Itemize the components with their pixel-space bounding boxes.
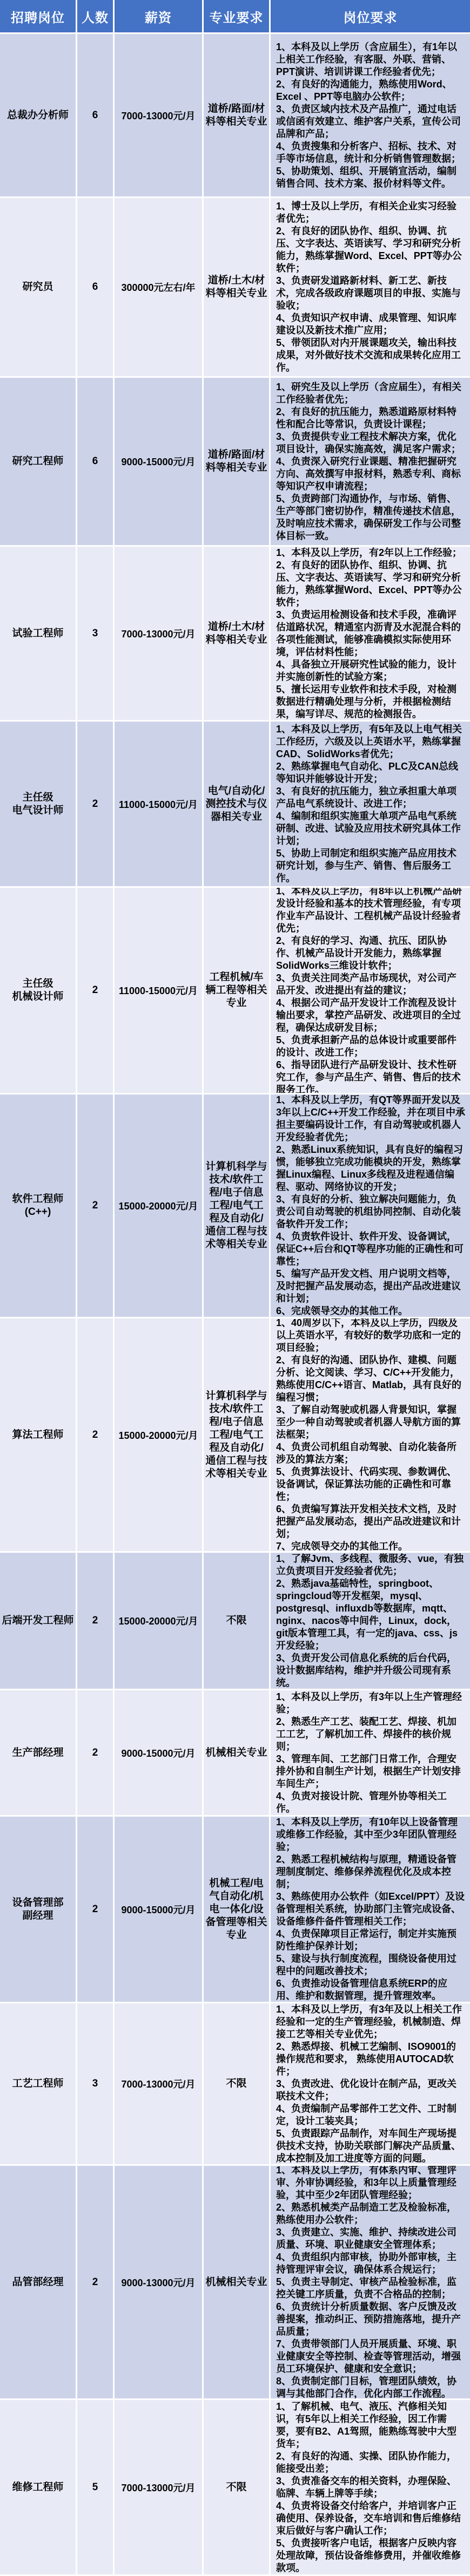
job-requirements: 1、本科及以上学历，有5年及以上电气相关工作经历，六级及以上英语水平，熟练掌握C… (271, 722, 470, 886)
table-row: 后端开发工程师 2 15000-20000元/月 不限 1、了解Jvm、多线程、… (0, 1553, 470, 1690)
requirement-item: 5、负责接听客户电话，根据客户反映内容处理故障，预估设备维修费用，并催收维修款项… (276, 2537, 466, 2574)
recruitment-table: 招聘岗位 人数 薪资 专业要求 岗位要求 总裁办分析师 6 7000-13000… (0, 0, 470, 2576)
requirement-item: 1、本科及以上学历，有体系内审、管理评审、外审协调经验，和3年以上质量管理经验，… (276, 2166, 466, 2201)
job-major-requirement: 电气/自动化/测控技术与仪器相关专业 (204, 722, 269, 886)
job-position: 软件工程师 (C++) (0, 1095, 76, 1317)
requirement-item: 2、有良好的沟通、实操、团队协作能力，能接受出差； (276, 2450, 466, 2475)
requirement-item: 4、负责知识产权申请、成果管理、知识库建设以及新技术推广应用； (276, 312, 466, 337)
job-headcount: 2 (77, 1095, 113, 1317)
table-row: 试验工程师 3 7000-13000元/月 道桥/土木/材料等相关专业 1、本科… (0, 547, 470, 722)
job-headcount: 3 (77, 2003, 113, 2164)
requirement-item: 4、负责编制产品零部件工艺文件、工时制定，设计工装夹具； (276, 2103, 466, 2128)
requirement-item: 3、负责关注同类产品市场现状，对公司产品开发、改进提出有益的建议； (276, 972, 466, 997)
requirement-item: 3、负责准备交车的相关资料，办理保险、临牌、车辆上牌等手续； (276, 2475, 466, 2500)
requirement-item: 5、编写产品开发文档、用户说明文档等，及时把握产品发展动态，提出产品改进建议和计… (276, 1268, 466, 1305)
requirement-item: 2、熟悉工程机械结构与原理，精通设备管理制度制定、维修保养流程优化及成本控制； (276, 1853, 466, 1891)
job-requirements: 1、本科及以上学历，有10年以上设备管理或维修工作经验，其中至少3年团队管理经验… (271, 1817, 470, 2002)
requirement-item: 1、本科及以上学历（含应届生），有1年以上相关工作经验，有客服、外联、营销、PP… (276, 41, 466, 78)
job-major-requirement: 不限 (204, 2400, 269, 2574)
job-requirements: 1、了解Jvm、多线程、微服务、vue，有独立负责项目开发经验者优先；2、熟悉j… (271, 1553, 470, 1689)
requirement-item: 4、负责深入研究行业课题、精准把握研究方向、高效撰写申报材料，熟悉专利、商标等知… (276, 456, 466, 493)
column-header-count: 人数 (77, 0, 113, 32)
job-position: 生产部经理 (0, 1690, 76, 1815)
requirement-item: 3、负责开发公司信息化系统的后台代码，设计数据库结构，维护并升级公司现有系统。 (276, 1652, 466, 1689)
job-requirements: 1、本科及以上学历，有体系内审、管理评审、外审协调经验，和3年以上质量管理经验，… (271, 2166, 470, 2398)
requirement-item: 7、完成领导交办的其他工作。 (276, 1540, 466, 1551)
job-salary: 9000-13000元/月 (115, 2166, 202, 2398)
job-salary: 11000-15000元/月 (115, 722, 202, 886)
requirement-item: 6、完成领导交办的其他工作。 (276, 1305, 466, 1317)
job-salary: 15000-20000元/月 (115, 1318, 202, 1551)
column-header-position: 招聘岗位 (0, 0, 76, 32)
job-position: 后端开发工程师 (0, 1553, 76, 1689)
job-headcount: 6 (77, 34, 113, 196)
job-requirements: 1、本科及以上学历，有3年以上生产管理经验；2、熟悉生产工艺、装配工艺、焊接、机… (271, 1690, 470, 1815)
requirement-item: 2、有良好的抗压能力，熟悉道路原材料特性和配合比等常识，负责设计课程； (276, 406, 466, 431)
job-headcount: 6 (77, 198, 113, 376)
requirement-item: 1、本科及以上学历，有8年以上机械产品研发设计经验和基本的技术管理经验，有专项作… (276, 888, 466, 935)
requirement-item: 2、熟悉生产工艺、装配工艺、焊接、机加工工艺，了解机加工件、焊接件的核价规则； (276, 1716, 466, 1753)
requirement-item: 8、负责制定部门目标，管理团队绩效，协调与其他部门合作，优化内部工作流程。 (276, 2375, 466, 2398)
job-headcount: 2 (77, 1318, 113, 1551)
requirement-item: 1、了解Jvm、多线程、微服务、vue，有独立负责项目开发经验者优先； (276, 1553, 466, 1578)
requirement-item: 6、负责统计分析质量数据、客户反馈及改善提案，推动纠正、预防措施落地，提升产品质… (276, 2301, 466, 2338)
table-row: 主任级 机械设计师 2 11000-15000元/月 工程机械/车辆工程等相关专… (0, 888, 470, 1095)
requirement-item: 3、负责区域内技术及产品推广，通过电话或信函有效建立、维护客户关系，宣传公司品牌… (276, 103, 466, 140)
requirement-item: 5、负责主导制定、审核产品检验标准，监控关键工序质量，负责不合格品的控制； (276, 2276, 466, 2301)
job-headcount: 2 (77, 1817, 113, 2002)
table-row: 软件工程师 (C++) 2 15000-20000元/月 计算机科学与技术/软件… (0, 1095, 470, 1318)
requirement-item: 1、博士及以上学历，有相关企业实习经验者优先； (276, 200, 466, 225)
job-salary: 9000-15000元/月 (115, 1817, 202, 2002)
job-salary: 15000-20000元/月 (115, 1553, 202, 1689)
job-position: 主任级 机械设计师 (0, 888, 76, 1093)
job-headcount: 2 (77, 1690, 113, 1815)
requirement-item: 4、编制和组织实施重大单项产品电气系统研制、改进、试验及应用技术研究具体工作计划… (276, 810, 466, 847)
job-salary: 9000-15000元/月 (115, 378, 202, 545)
requirement-item: 2、熟悉焊接、机械工艺编制、ISO9001的操作规范和要求， 熟练使用AUTOC… (276, 2041, 466, 2078)
job-requirements: 1、研究生及以上学历（含应届生），有相关工作经验者优先；2、有良好的抗压能力，熟… (271, 378, 470, 545)
job-headcount: 2 (77, 1553, 113, 1689)
job-headcount: 5 (77, 2400, 113, 2574)
requirement-item: 3、负责建立、实施、维护、持续改进公司质量、环境、职业健康安全管理体系； (276, 2226, 466, 2251)
requirement-item: 3、了解自动驾驶或机器人背景知识，掌握至少一种自动驾驶或者机器人导航方面的算法框… (276, 1404, 466, 1441)
requirement-item: 1、40周岁以下，本科及以上学历，四级及以上英语水平，有较好的数学功底和一定的项… (276, 1318, 466, 1354)
requirement-item: 5、协助策划、组织、开展销宣活动，编制销售合同、技术方案、报价材料等文件。 (276, 165, 466, 190)
requirement-item: 1、本科及以上学历，有2年以上工作经验； (276, 547, 466, 559)
table-row: 生产部经理 2 9000-15000元/月 机械相关专业 1、本科及以上学历，有… (0, 1690, 470, 1817)
job-major-requirement: 计算机科学与技术/软件工程/电子信息工程/电气工程及自动化/通信工程与技术等相关… (204, 1318, 269, 1551)
requirement-item: 5、擅长运用专业软件和技术手段，对检测数据进行精确处理与分析，并根据检测结果，编… (276, 683, 466, 721)
job-salary: 7000-13000元/月 (115, 2400, 202, 2574)
job-position: 维修工程师 (0, 2400, 76, 2574)
requirement-item: 1、本科及以上学历，有QT等界面开发以及3年以上C/C++开发工作经验，并在项目… (276, 1095, 466, 1144)
requirement-item: 2、有良好的沟通能力，熟练使用Word、Excel 、PPT等电脑办公软件； (276, 78, 466, 103)
requirement-item: 5、建设与执行制度流程，围绕设备使用过程中的问题改善技术； (276, 1953, 466, 1977)
job-requirements: 1、本科及以上学历，有2年以上工作经验；2、有良好的团队协作、组织、协调、抗压、… (271, 547, 470, 720)
table-row: 主任级 电气设计师 2 11000-15000元/月 电气/自动化/测控技术与仪… (0, 722, 470, 888)
requirement-item: 4、根据公司产品开发设计工作流程及设计输出要求，掌控产品研发、改进项目的全过程，… (276, 997, 466, 1034)
requirement-item: 2、熟悉机械类产品制造工艺及检验标准，熟练使用办公软件； (276, 2201, 466, 2226)
job-salary: 15000-20000元/月 (115, 1095, 202, 1317)
job-major-requirement: 机械相关专业 (204, 1690, 269, 1815)
requirement-item: 4、负责搜集和分析客户、招标、技术、对手等市场信息，统计和分析销售管理数据； (276, 140, 466, 165)
job-position: 总裁办分析师 (0, 34, 76, 196)
requirement-item: 1、本科及以上学历，有3年及以上相关工作经验和一定的生产管理经验，机械制造、焊接… (276, 2003, 466, 2041)
requirement-item: 3、负责研发道路新材料、新工艺、新技术，完成各级政府课题项目的申报、实施与验收； (276, 275, 466, 312)
table-row: 维修工程师 5 7000-13000元/月 不限 1、了解机械、电气、液压、汽修… (0, 2400, 470, 2576)
table-header-row: 招聘岗位 人数 薪资 专业要求 岗位要求 (0, 0, 470, 34)
job-requirements: 1、本科及以上学历（含应届生），有1年以上相关工作经验，有客服、外联、营销、PP… (271, 34, 470, 196)
job-major-requirement: 道桥/路面/材料等相关专业 (204, 378, 269, 545)
job-position: 品管部经理 (0, 2166, 76, 2398)
job-major-requirement: 计算机科学与技术/软件工程/电子信息工程/电气工程及自动化/通信工程与技术等相关… (204, 1095, 269, 1317)
job-major-requirement: 道桥/路面/材料等相关专业 (204, 34, 269, 196)
job-position: 设备管理部 副经理 (0, 1817, 76, 2002)
requirement-item: 5、带领团队对内开展课题攻关，输出科技成果，对外做好技术交流和成果转化应用工作。 (276, 337, 466, 374)
table-body: 总裁办分析师 6 7000-13000元/月 道桥/路面/材料等相关专业 1、本… (0, 34, 470, 2576)
requirement-item: 3、负责提供专业工程技术解决方案，优化项目设计，确保实施高效，满足客户需求； (276, 431, 466, 456)
job-salary: 9000-15000元/月 (115, 1690, 202, 1815)
requirement-item: 4、负责对接设计院、管理外协等相关工作。 (276, 1790, 466, 1815)
job-salary: 7000-13000元/月 (115, 547, 202, 720)
job-requirements: 1、本科及以上学历，有QT等界面开发以及3年以上C/C++开发工作经验，并在项目… (271, 1095, 470, 1317)
requirement-item: 2、有良好的学习、沟通、抗压、团队协作、机械产品设计开发能力，熟练掌握Solid… (276, 935, 466, 972)
job-major-requirement: 道桥/土木/材料等相关专业 (204, 547, 269, 720)
requirement-item: 3、有良好的抗压能力，独立承担重大单项产品电气系统设计、改进工作； (276, 785, 466, 810)
requirement-item: 3、有良好的分析、独立解决问题能力，负责公司自动驾驶的机组协同控制、自动化装备软… (276, 1193, 466, 1231)
table-row: 总裁办分析师 6 7000-13000元/月 道桥/路面/材料等相关专业 1、本… (0, 34, 470, 198)
requirement-item: 3、负责运用检测设备和技术手段，准确评估道路状况，精通室内沥青及水泥混合料的各项… (276, 609, 466, 658)
job-position: 试验工程师 (0, 547, 76, 720)
requirement-item: 5、负责算法设计、代码实现、参数调优、设备调试，保证算法功能的正确性和可靠性； (276, 1466, 466, 1503)
job-requirements: 1、了解机械、电气、液压、汽修相关知识，有5年以上相关工作经验，因工作需要，要有… (271, 2400, 470, 2574)
job-position: 算法工程师 (0, 1318, 76, 1551)
requirement-item: 5、协助上司制定和组织实施产品应用技术研究计划，参与生产、销售、售后服务工作。 (276, 847, 466, 885)
requirement-item: 4、负责将设备交付给客户，并培训客户正确使用、保养设备，交车培训和售后维修结束后… (276, 2500, 466, 2537)
requirement-item: 1、本科及以上学历，有5年及以上电气相关工作经历，六级及以上英语水平，熟练掌握C… (276, 723, 466, 760)
job-salary: 300000元左右/年 (115, 198, 202, 376)
requirement-item: 2、有良好的团队协作、组织、协调、抗压、文字表达、英语读写、学习和研究分析能力，… (276, 559, 466, 609)
job-major-requirement: 机械工程/电气自动化/机电一体化/设备管理等相关专业 (204, 1817, 269, 2002)
job-major-requirement: 不限 (204, 1553, 269, 1689)
job-salary: 7000-13000元/月 (115, 34, 202, 196)
job-requirements: 1、40周岁以下，本科及以上学历，四级及以上英语水平，有较好的数学功底和一定的项… (271, 1318, 470, 1551)
job-salary: 11000-15000元/月 (115, 888, 202, 1093)
requirement-item: 3、管理车间、工艺部门日常工作，合理安排外协和自制生产计划，根据生产计划安排车间… (276, 1753, 466, 1790)
requirement-item: 4、负责公司机组自动驾驶、自动化装备所涉及的算法方案； (276, 1441, 466, 1466)
column-header-requirements: 岗位要求 (271, 0, 470, 32)
column-header-major: 专业要求 (204, 0, 269, 32)
requirement-item: 6、负责编写算法开发相关技术文档，及时把握产品发展动态，提出产品改进建议和计划； (276, 1503, 466, 1540)
requirement-item: 3、负责改进、优化设计在制产品，更改关联技术文件； (276, 2078, 466, 2103)
job-headcount: 2 (77, 888, 113, 1093)
requirement-item: 5、负责跨部门沟通协作，与市场、销售、生产等部门密切协作，精准传递技术信息，及时… (276, 493, 466, 542)
requirement-item: 2、有良好的沟通、团队协作、建模、问题分析、论文阅读、学习、C/C++开发能力，… (276, 1354, 466, 1404)
job-position: 研究员 (0, 198, 76, 376)
table-row: 品管部经理 2 9000-13000元/月 机械相关专业 1、本科及以上学历，有… (0, 2166, 470, 2400)
job-headcount: 6 (77, 378, 113, 545)
requirement-item: 5、负责承担新产品的总体设计或重要部件的设计、改进工作； (276, 1034, 466, 1059)
table-row: 工艺工程师 3 7000-13000元/月 不限 1、本科及以上学历，有3年及以… (0, 2003, 470, 2166)
job-major-requirement: 工程机械/车辆工程等相关专业 (204, 888, 269, 1093)
requirement-item: 4、负责保障项目正常运行，制定并实施预防性维护保养计划； (276, 1928, 466, 1953)
job-headcount: 2 (77, 2166, 113, 2398)
requirement-item: 5、负责跟踪产品制作，对车间生产现场提供技术支持，协助关联部门解决产品质量、成本… (276, 2128, 466, 2165)
requirement-item: 2、熟悉Linux系统知识，具有良好的编程习惯，能够独立完成功能模块的开发，熟练… (276, 1144, 466, 1193)
job-requirements: 1、博士及以上学历，有相关企业实习经验者优先；2、有良好的团队协作、组织、协调、… (271, 198, 470, 376)
job-major-requirement: 机械相关专业 (204, 2166, 269, 2398)
job-position: 工艺工程师 (0, 2003, 76, 2164)
job-salary: 7000-13000元/月 (115, 2003, 202, 2164)
requirement-item: 4、负责组织内部审核，协助外部审核，主持管理评审会议，确保体系合规运行； (276, 2251, 466, 2276)
job-position: 主任级 电气设计师 (0, 722, 76, 886)
requirement-item: 4、具备独立开展研究性试验的能力，设计并实施创新性的试验方案； (276, 658, 466, 683)
requirement-item: 1、本科及以上学历，有10年以上设备管理或维修工作经验，其中至少3年团队管理经验… (276, 1817, 466, 1853)
requirement-item: 1、本科及以上学历，有3年以上生产管理经验； (276, 1691, 466, 1716)
requirement-item: 3、熟练使用办公软件（如Excel/PPT）及设备管理相关系统，协助部门主管完成… (276, 1891, 466, 1928)
job-requirements: 1、本科及以上学历，有3年及以上相关工作经验和一定的生产管理经验，机械制造、焊接… (271, 2003, 470, 2164)
job-requirements: 1、本科及以上学历，有8年以上机械产品研发设计经验和基本的技术管理经验，有专项作… (271, 888, 470, 1093)
requirement-item: 6、负责推动设备管理信息系统ERP的应用、维护和数据管理，提升管理效率。 (276, 1977, 466, 2002)
table-row: 算法工程师 2 15000-20000元/月 计算机科学与技术/软件工程/电子信… (0, 1318, 470, 1553)
requirement-item: 7、负责带领部门人员开展质量、环境、职业健康安全等控制、检查等管理活动，增强员工… (276, 2338, 466, 2375)
requirement-item: 2、有良好的团队协作、组织、协调、抗压、文字表达、英语读写、学习和研究分析能力，… (276, 225, 466, 275)
requirement-item: 6、指导团队进行产品研发设计、技术性研究工作，参与产品生产、销售、售后的技术服务… (276, 1059, 466, 1093)
job-headcount: 3 (77, 547, 113, 720)
requirement-item: 4、负责软件设计、软件开发、设备调试，保证C++后台和QT等程序功能的正确性和可… (276, 1231, 466, 1268)
job-headcount: 2 (77, 722, 113, 886)
job-position: 研究工程师 (0, 378, 76, 545)
requirement-item: 2、熟悉java基础特性，springboot、springcloud等开发框架… (276, 1578, 466, 1652)
requirement-item: 2、熟练掌握电气自动化、PLC及CAN总线等知识并能够设计开发； (276, 760, 466, 785)
table-row: 设备管理部 副经理 2 9000-15000元/月 机械工程/电气自动化/机电一… (0, 1817, 470, 2003)
requirement-item: 1、研究生及以上学历（含应届生），有相关工作经验者优先； (276, 381, 466, 406)
job-major-requirement: 不限 (204, 2003, 269, 2164)
table-row: 研究员 6 300000元左右/年 道桥/土木/材料等相关专业 1、博士及以上学… (0, 198, 470, 378)
column-header-salary: 薪资 (115, 0, 202, 32)
requirement-item: 1、了解机械、电气、液压、汽修相关知识，有5年以上相关工作经验，因工作需要，要有… (276, 2401, 466, 2450)
job-major-requirement: 道桥/土木/材料等相关专业 (204, 198, 269, 376)
table-row: 研究工程师 6 9000-15000元/月 道桥/路面/材料等相关专业 1、研究… (0, 378, 470, 547)
